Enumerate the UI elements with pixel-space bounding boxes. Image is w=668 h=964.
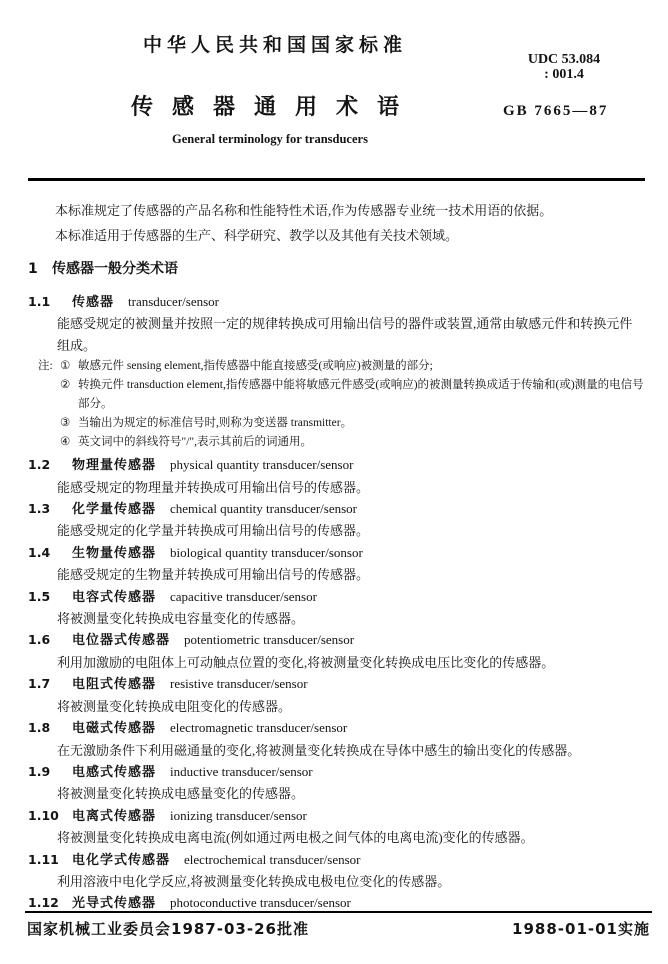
notes-block: 注: ①敏感元件 sensing element,指传感器中能直接感受(或响应)… xyxy=(38,357,645,452)
term-item-1-3: 1.3化学量传感器chemical quantity transducer/se… xyxy=(28,498,645,542)
footer-divider-rule xyxy=(25,911,652,913)
section-1-heading: 1传感器一般分类术语 xyxy=(28,258,178,278)
term-name-cn: 电位器式传感器 xyxy=(72,633,170,648)
term-definition: 能感受规定的化学量并转换成可用输出信号的传感器。 xyxy=(28,520,645,541)
national-standard-label: 中华人民共和国国家标准 xyxy=(143,30,407,57)
term-title-line: 1.1传感器transducer/sensor xyxy=(28,291,645,313)
standard-number: GB 7665—87 xyxy=(503,103,608,120)
term-number: 1.2 xyxy=(28,454,72,475)
udc-line1: UDC 53.084 xyxy=(498,52,630,67)
term-name-cn: 物理量传感器 xyxy=(72,458,156,473)
note-number: ② xyxy=(60,376,78,414)
note-number: ④ xyxy=(60,433,78,452)
term-number: 1.3 xyxy=(28,498,72,519)
term-name-en: ionizing transducer/sensor xyxy=(170,808,307,823)
term-number: 1.10 xyxy=(28,805,72,826)
term-title-line: 1.6电位器式传感器potentiometric transducer/sens… xyxy=(28,629,645,651)
term-item-1-10: 1.10电离式传感器ionizing transducer/sensor 将被测… xyxy=(28,805,645,849)
term-number: 1.5 xyxy=(28,586,72,607)
udc-line2: : 001.4 xyxy=(498,67,630,82)
term-title-line: 1.4生物量传感器biological quantity transducer/… xyxy=(28,542,645,564)
approval-statement: 国家机械工业委员会1987-03-26批准 xyxy=(27,918,309,939)
section-title: 传感器一般分类术语 xyxy=(52,261,178,277)
terms-list: 1.1传感器transducer/sensor 能感受规定的被测量并按照一定的规… xyxy=(28,291,645,915)
term-title-line: 1.5电容式传感器capacitive transducer/sensor xyxy=(28,586,645,608)
note-text: 转换元件 transduction element,指传感器中能将敏感元件感受(… xyxy=(78,376,645,414)
term-item-1-7: 1.7电阻式传感器resistive transducer/sensor 将被测… xyxy=(28,673,645,717)
standard-document-page: 中华人民共和国国家标准 UDC 53.084 : 001.4 传感器通用术语 G… xyxy=(0,0,668,964)
term-number: 1.8 xyxy=(28,717,72,738)
notes-items: ①敏感元件 sensing element,指传感器中能直接感受(或响应)被测量… xyxy=(60,357,645,452)
note-item-4: ④英文词中的斜线符号"/",表示其前后的词通用。 xyxy=(60,433,645,452)
term-title-line: 1.10电离式传感器ionizing transducer/sensor xyxy=(28,805,645,827)
term-name-en: transducer/sensor xyxy=(128,294,219,309)
term-item-1-8: 1.8电磁式传感器electromagnetic transducer/sens… xyxy=(28,717,645,761)
note-number: ③ xyxy=(60,414,78,433)
term-number: 1.11 xyxy=(28,849,72,870)
term-number: 1.7 xyxy=(28,673,72,694)
term-name-en: biological quantity transducer/sonsor xyxy=(170,545,363,560)
term-name-en: potentiometric transducer/sensor xyxy=(184,632,354,647)
term-item-1-6: 1.6电位器式传感器potentiometric transducer/sens… xyxy=(28,629,645,673)
implementation-date: 1988-01-01实施 xyxy=(512,918,650,939)
term-definition: 将被测量变化转换成电容量变化的传感器。 xyxy=(28,608,645,629)
term-name-cn: 生物量传感器 xyxy=(72,546,156,561)
term-name-en: chemical quantity transducer/sensor xyxy=(170,501,357,516)
note-number: ① xyxy=(60,357,78,376)
term-name-en: capacitive transducer/sensor xyxy=(170,589,317,604)
term-name-cn: 电离式传感器 xyxy=(72,809,156,824)
term-definition: 能感受规定的被测量并按照一定的规律转换成可用输出信号的器件或装置,通常由敏感元件… xyxy=(28,313,645,356)
term-name-cn: 电感式传感器 xyxy=(72,765,156,780)
term-definition: 将被测量变化转换成电阻变化的传感器。 xyxy=(28,696,645,717)
term-definition: 能感受规定的生物量并转换成可用输出信号的传感器。 xyxy=(28,564,645,585)
note-text: 当输出为规定的标准信号时,则称为变送器 transmitter。 xyxy=(78,414,645,433)
term-definition: 利用加激励的电阻体上可动触点位置的变化,将被测量变化转换成电压比变化的传感器。 xyxy=(28,652,645,673)
term-definition: 将被测量变化转换成电感量变化的传感器。 xyxy=(28,783,645,804)
term-number: 1.1 xyxy=(28,291,72,312)
note-text: 敏感元件 sensing element,指传感器中能直接感受(或响应)被测量的… xyxy=(78,357,645,376)
scope-line-1: 本标准规定了传感器的产品名称和性能特性术语,作为传感器专业统一技术用语的依据。 xyxy=(55,198,635,223)
term-title-line: 1.11电化学式传感器electrochemical transducer/se… xyxy=(28,849,645,871)
term-title-line: 1.7电阻式传感器resistive transducer/sensor xyxy=(28,673,645,695)
document-title-chinese: 传感器通用术语 xyxy=(131,90,418,121)
term-item-1-2: 1.2物理量传感器physical quantity transducer/se… xyxy=(28,454,645,498)
term-item-1-4: 1.4生物量传感器biological quantity transducer/… xyxy=(28,542,645,586)
term-name-cn: 电容式传感器 xyxy=(72,590,156,605)
term-name-cn: 电化学式传感器 xyxy=(72,853,170,868)
term-title-line: 1.2物理量传感器physical quantity transducer/se… xyxy=(28,454,645,476)
term-name-en: electromagnetic transducer/sensor xyxy=(170,720,347,735)
document-title-english: General terminology for transducers xyxy=(150,132,390,147)
term-name-en: electrochemical transducer/sensor xyxy=(184,852,361,867)
term-definition: 将被测量变化转换成电离电流(例如通过两电极之间气体的电离电流)变化的传感器。 xyxy=(28,827,645,848)
section-number: 1 xyxy=(28,261,52,277)
term-title-line: 1.8电磁式传感器electromagnetic transducer/sens… xyxy=(28,717,645,739)
term-name-cn: 光导式传感器 xyxy=(72,896,156,911)
term-item-1-1: 1.1传感器transducer/sensor 能感受规定的被测量并按照一定的规… xyxy=(28,291,645,452)
term-number: 1.6 xyxy=(28,629,72,650)
term-name-en: physical quantity transducer/sensor xyxy=(170,457,353,472)
term-name-en: resistive transducer/sensor xyxy=(170,676,308,691)
term-name-cn: 电磁式传感器 xyxy=(72,721,156,736)
header-divider-rule xyxy=(28,178,645,181)
scope-paragraph: 本标准规定了传感器的产品名称和性能特性术语,作为传感器专业统一技术用语的依据。 … xyxy=(55,198,635,248)
term-name-en: photoconductive transducer/sensor xyxy=(170,895,351,910)
notes-label: 注: xyxy=(38,357,60,376)
note-item-3: ③当输出为规定的标准信号时,则称为变送器 transmitter。 xyxy=(60,414,645,433)
term-definition: 利用溶液中电化学反应,将被测量变化转换成电极电位变化的传感器。 xyxy=(28,871,645,892)
term-title-line: 1.3化学量传感器chemical quantity transducer/se… xyxy=(28,498,645,520)
term-number: 1.9 xyxy=(28,761,72,782)
term-name-cn: 传感器 xyxy=(72,295,114,310)
term-item-1-5: 1.5电容式传感器capacitive transducer/sensor 将被… xyxy=(28,586,645,630)
term-name-en: inductive transducer/sensor xyxy=(170,764,313,779)
term-name-cn: 电阻式传感器 xyxy=(72,677,156,692)
term-definition: 在无激励条件下利用磁通量的变化,将被测量变化转换成在导体中感生的输出变化的传感器… xyxy=(28,740,645,761)
note-item-2: ②转换元件 transduction element,指传感器中能将敏感元件感受… xyxy=(60,376,645,414)
term-name-cn: 化学量传感器 xyxy=(72,502,156,517)
term-title-line: 1.9电感式传感器inductive transducer/sensor xyxy=(28,761,645,783)
term-number: 1.4 xyxy=(28,542,72,563)
note-text: 英文词中的斜线符号"/",表示其前后的词通用。 xyxy=(78,433,645,452)
term-item-1-11: 1.11电化学式传感器electrochemical transducer/se… xyxy=(28,849,645,893)
term-definition: 能感受规定的物理量并转换成可用输出信号的传感器。 xyxy=(28,477,645,498)
note-item-1: ①敏感元件 sensing element,指传感器中能直接感受(或响应)被测量… xyxy=(60,357,645,376)
scope-line-2: 本标准适用于传感器的生产、科学研究、教学以及其他有关技术领域。 xyxy=(55,223,635,248)
term-item-1-9: 1.9电感式传感器inductive transducer/sensor 将被测… xyxy=(28,761,645,805)
udc-classification: UDC 53.084 : 001.4 xyxy=(498,52,630,82)
